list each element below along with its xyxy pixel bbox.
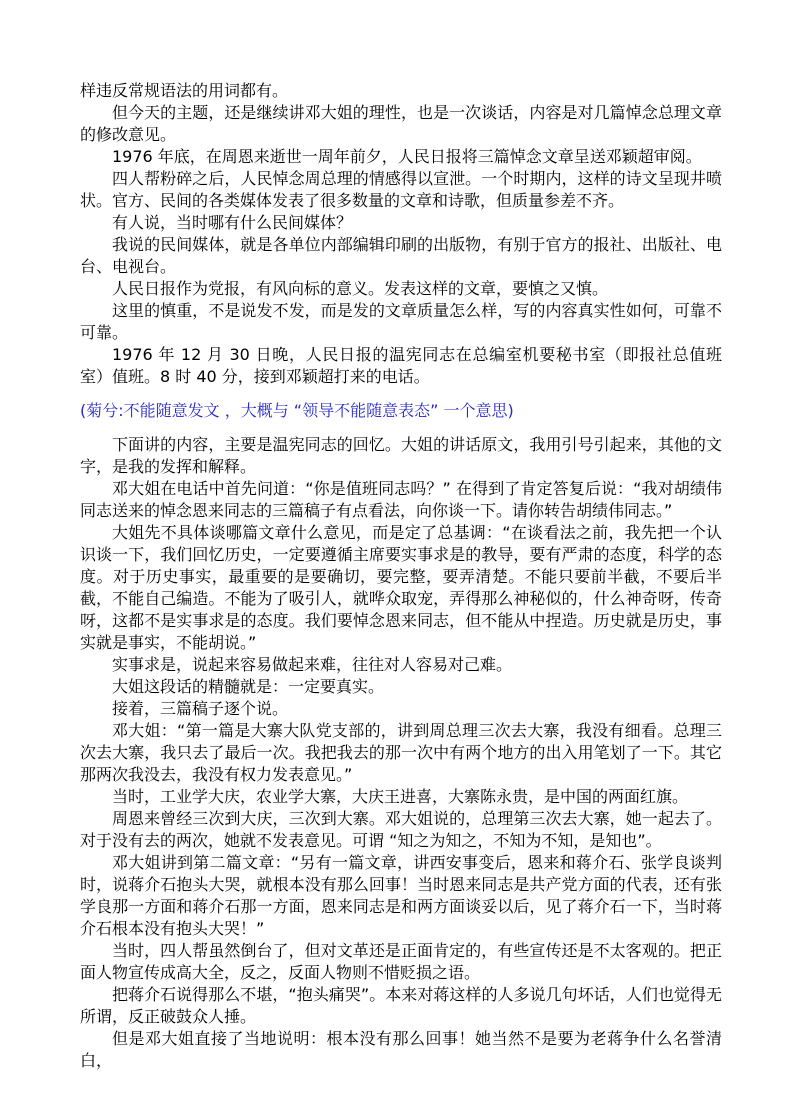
paragraph: 周恩来曾经三次到大庆，三次到大寨。邓大姐说的，总理第三次去大寨，她一起去了。对于… <box>80 808 722 852</box>
paragraph: 把蒋介石说得那么不堪，“抱头痛哭”。本来对蒋这样的人多说几句坏话，人们也觉得无所… <box>80 984 722 1028</box>
paragraph: 邓大姐在电话中首先问道：“你是值班同志吗？” 在得到了肯定答复后说：“我对胡绩伟… <box>80 478 722 522</box>
paragraph: 邓大姐：“第一篇是大寨大队党支部的，讲到周总理三次去大寨，我没有细看。总理三次去… <box>80 720 722 786</box>
annotation-note: (菊兮:不能随意发文 ，大概与 “领导不能随意表态” 一个意思) <box>80 400 722 422</box>
document-page: 样违反常规语法的用词都有。 但今天的主题，还是继续讲邓大姐的理性，也是一次谈话，… <box>0 0 800 1100</box>
paragraph: 我说的民间媒体，就是各单位内部编辑印刷的出版物，有别于官方的报社、出版社、电台、… <box>80 234 722 278</box>
paragraph: 下面讲的内容，主要是温宪同志的回忆。大姐的讲话原文，我用引号引起来，其他的文字，… <box>80 434 722 478</box>
paragraph: 这里的慎重，不是说发不发，而是发的文章质量怎么样，写的内容真实性如何，可靠不可靠… <box>80 300 722 344</box>
paragraph: 但今天的主题，还是继续讲邓大姐的理性，也是一次谈话，内容是对几篇悼念总理文章的修… <box>80 102 722 146</box>
paragraph: 当时，工业学大庆，农业学大寨，大庆王进喜，大寨陈永贵，是中国的两面红旗。 <box>80 786 722 808</box>
paragraph: 但是邓大姐直接了当地说明：根本没有那么回事！她当然不是要为老蒋争什么名誉清白， <box>80 1028 722 1072</box>
paragraph: 大姐先不具体谈哪篇文章什么意见，而是定了总基调：“在谈看法之前，我先把一个认识谈… <box>80 522 722 654</box>
paragraph: 有人说，当时哪有什么民间媒体？ <box>80 212 722 234</box>
paragraph: 实事求是，说起来容易做起来难，往往对人容易对己难。 <box>80 654 722 676</box>
paragraph: 邓大姐讲到第二篇文章：“另有一篇文章，讲西安事变后，恩来和蒋介石、张学良谈判时，… <box>80 852 722 940</box>
paragraph: 大姐这段话的精髓就是：一定要真实。 <box>80 676 722 698</box>
paragraph: 四人帮粉碎之后，人民悼念周总理的情感得以宣泄。一个时期内，这样的诗文呈现井喷状。… <box>80 168 722 212</box>
paragraph: 样违反常规语法的用词都有。 <box>80 80 722 102</box>
paragraph: 接着，三篇稿子逐个说。 <box>80 698 722 720</box>
paragraph: 1976 年 12 月 30 日晚，人民日报的温宪同志在总编室机要秘书室（即报社… <box>80 344 722 388</box>
paragraph: 当时，四人帮虽然倒台了，但对文革还是正面肯定的，有些宣传还是不太客观的。把正面人… <box>80 940 722 984</box>
paragraph: 人民日报作为党报，有风向标的意义。发表这样的文章，要慎之又慎。 <box>80 278 722 300</box>
paragraph: 1976 年底，在周恩来逝世一周年前夕，人民日报将三篇悼念文章呈送邓颖超审阅。 <box>80 146 722 168</box>
